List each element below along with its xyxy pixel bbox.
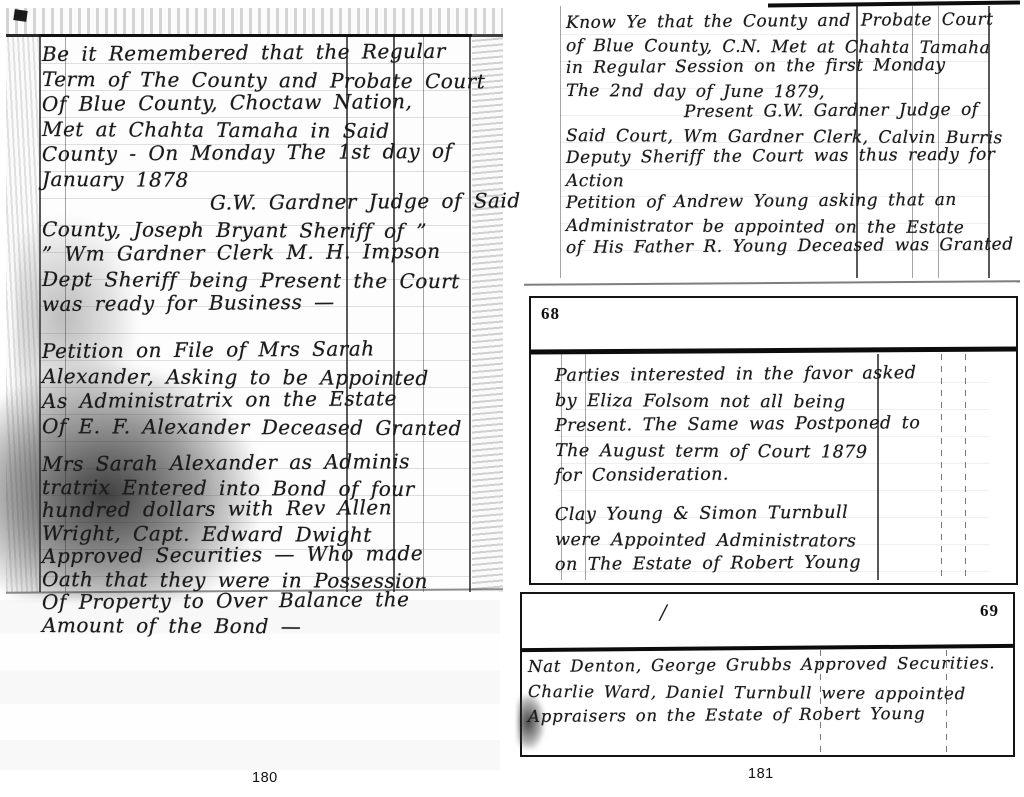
handwritten-line: of His Father R. Young Deceased was Gran… [566, 233, 1018, 259]
handwritten-line: on The Estate of Robert Young [555, 549, 1005, 578]
scan-artifact [13, 9, 27, 22]
handwritten-line: Of Blue County, Choctaw Nation, [42, 88, 488, 117]
paragraph: Present G.W. Gardner Judge of Said Court… [566, 102, 1018, 192]
handwritten-line: Be it Remembered that the Regular [42, 38, 488, 67]
handwritten-text-block: Be it Remembered that the Regular Term o… [42, 42, 488, 637]
handwritten-line: Of E. F. Alexander Deceased Granted [42, 414, 488, 441]
handwritten-line: Appraisers on the Estate of Robert Young [528, 700, 1010, 729]
page-number: 180 [252, 770, 278, 786]
section-number: 68 [541, 304, 560, 324]
handwritten-line: Petition on File of Mrs Sarah [42, 335, 488, 364]
ledger-top-rule [6, 34, 503, 37]
handwritten-line: Mrs Sarah Alexander as Adminis [42, 449, 488, 476]
handwritten-line: Parties interested in the favor asked [555, 360, 1005, 389]
handwritten-line: was ready for Business — [42, 288, 488, 317]
stray-pen-mark: ∕ [660, 600, 667, 624]
handwritten-text-block: Nat Denton, George Grubbs Approved Secur… [528, 654, 1010, 729]
ruled-line-vertical [560, 6, 561, 278]
ledger-top-rule [531, 347, 1016, 355]
left-ledger-page: Be it Remembered that the Regular Term o… [6, 8, 503, 592]
paragraph: Nat Denton, George Grubbs Approved Secur… [528, 654, 1010, 729]
paragraph: Parties interested in the favor asked by… [555, 364, 1005, 489]
page-number: 181 [748, 766, 774, 782]
handwritten-line: Of Property to Over Balance the [42, 587, 488, 614]
scan-edge-line [524, 280, 1020, 285]
handwritten-line: County - On Monday The 1st day of [42, 138, 488, 167]
scanned-document: Be it Remembered that the Regular Term o… [0, 0, 1024, 797]
handwritten-line: Amount of the Bond — [42, 614, 488, 639]
handwritten-line: Nat Denton, George Grubbs Approved Secur… [528, 650, 1010, 679]
handwritten-line: Know Ye that the County and Probate Cour… [566, 8, 1018, 34]
handwritten-line: Deputy Sheriff the Court was thus ready … [566, 143, 1018, 169]
paragraph: Know Ye that the County and Probate Cour… [566, 12, 1018, 102]
right-page-panel-68: 68 Parties interested in the favor asked… [529, 296, 1018, 585]
paragraph: Petition on File of Mrs Sarah Alexander,… [42, 339, 488, 439]
handwritten-line: As Administratrix on the Estate [42, 385, 488, 414]
right-page-top-panel: Know Ye that the County and Probate Cour… [524, 0, 1020, 286]
handwritten-line: Clay Young & Simon Turnbull [555, 499, 1005, 528]
handwritten-line: Approved Securities — Who made [42, 541, 488, 568]
scan-noise-band [6, 8, 503, 34]
ruled-line-vertical [39, 34, 41, 592]
handwritten-text-block: Parties interested in the favor asked by… [555, 364, 1005, 578]
handwritten-line: Petition of Andrew Young asking that an [566, 188, 1018, 214]
paragraph: G.W. Gardner Judge of Said County, Josep… [42, 192, 488, 317]
handwritten-line: hundred dollars with Rev Allen [42, 495, 488, 522]
handwritten-line: Present. The Same was Postponed to [555, 410, 1005, 439]
handwritten-text-block: Know Ye that the County and Probate Cour… [566, 12, 1018, 260]
handwritten-line: ” Wm Gardner Clerk M. H. Impson [42, 238, 488, 267]
handwritten-line: Present G.W. Gardner Judge of [566, 98, 1018, 124]
section-number: 69 [980, 601, 999, 621]
handwritten-line: for Consideration. [555, 460, 1005, 489]
right-page-panel-69: 69 ∕ Nat Denton, George Grubbs Approved … [520, 592, 1015, 757]
paragraph: Mrs Sarah Alexander as Adminis tratrix E… [42, 453, 488, 637]
paragraph: Clay Young & Simon Turnbull were Appoint… [555, 503, 1005, 578]
paragraph: Be it Remembered that the Regular Term o… [42, 42, 488, 192]
paragraph: Petition of Andrew Young asking that an … [566, 192, 1018, 260]
handwritten-line: G.W. Gardner Judge of Said [42, 188, 488, 217]
handwritten-line: in Regular Session on the first Monday [566, 53, 1018, 79]
scan-edge-line [768, 0, 1020, 7]
scan-noise-band [6, 34, 39, 592]
